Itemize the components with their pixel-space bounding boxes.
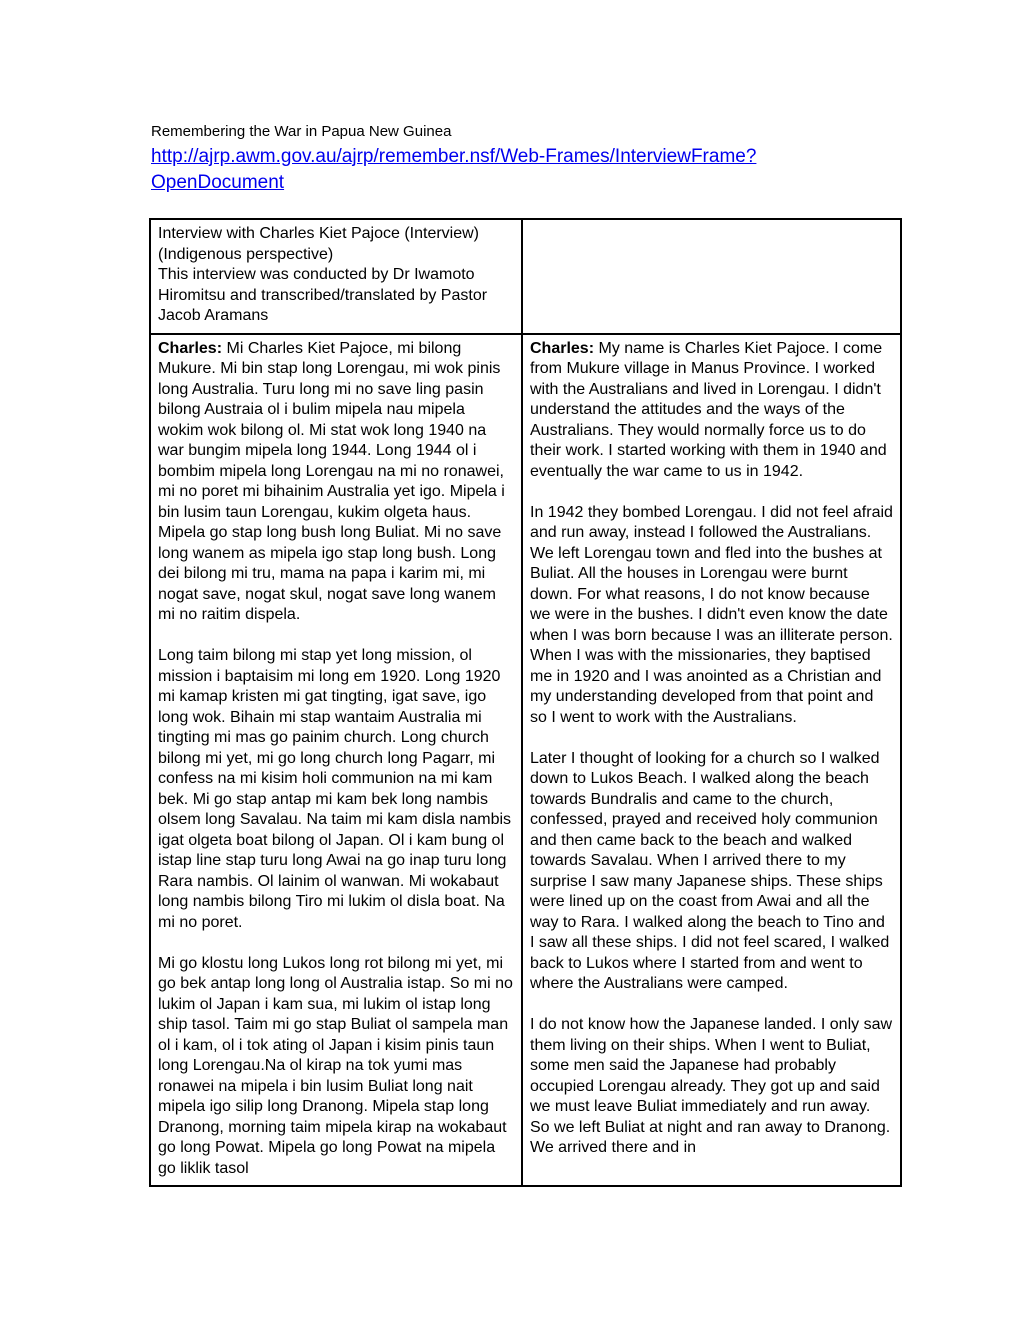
url-line-1: http://ajrp.awm.gov.au/ajrp/remember.nsf… <box>151 144 841 170</box>
transcript-paragraph: Charles: My name is Charles Kiet Pajoce.… <box>530 339 893 483</box>
english-translation-cell: Charles: My name is Charles Kiet Pajoce.… <box>522 334 901 1187</box>
header-line: This interview was conducted by Dr Iwamo… <box>158 265 514 327</box>
table-body-row: Charles: Mi Charles Kiet Pajoce, mi bilo… <box>150 334 901 1187</box>
transcript-paragraph: Charles: Mi Charles Kiet Pajoce, mi bilo… <box>158 339 514 626</box>
header-line: Interview with Charles Kiet Pajoce (Inte… <box>158 224 514 265</box>
header-cell-left: Interview with Charles Kiet Pajoce (Inte… <box>150 219 522 334</box>
interview-table: Interview with Charles Kiet Pajoce (Inte… <box>149 218 902 1187</box>
transcript-paragraph: Later I thought of looking for a church … <box>530 749 893 995</box>
transcript-paragraph: I do not know how the Japanese landed. I… <box>530 1015 893 1159</box>
speaker-label: Charles: <box>530 340 594 357</box>
document-page: Remembering the War in Papua New Guinea … <box>0 0 876 1187</box>
tokpisin-transcript-cell: Charles: Mi Charles Kiet Pajoce, mi bilo… <box>150 334 522 1187</box>
page-title: Remembering the War in Papua New Guinea <box>151 122 876 141</box>
transcript-paragraph: Long taim bilong mi stap yet long missio… <box>158 646 514 933</box>
document-url-link[interactable]: http://ajrp.awm.gov.au/ajrp/remember.nsf… <box>151 144 841 196</box>
speaker-label: Charles: <box>158 340 222 357</box>
table-header-row: Interview with Charles Kiet Pajoce (Inte… <box>150 219 901 334</box>
transcript-paragraph: In 1942 they bombed Lorengau. I did not … <box>530 503 893 729</box>
url-line-2: OpenDocument <box>151 170 841 196</box>
transcript-paragraph: Mi go klostu long Lukos long rot bilong … <box>158 954 514 1180</box>
header-cell-right <box>522 219 901 334</box>
